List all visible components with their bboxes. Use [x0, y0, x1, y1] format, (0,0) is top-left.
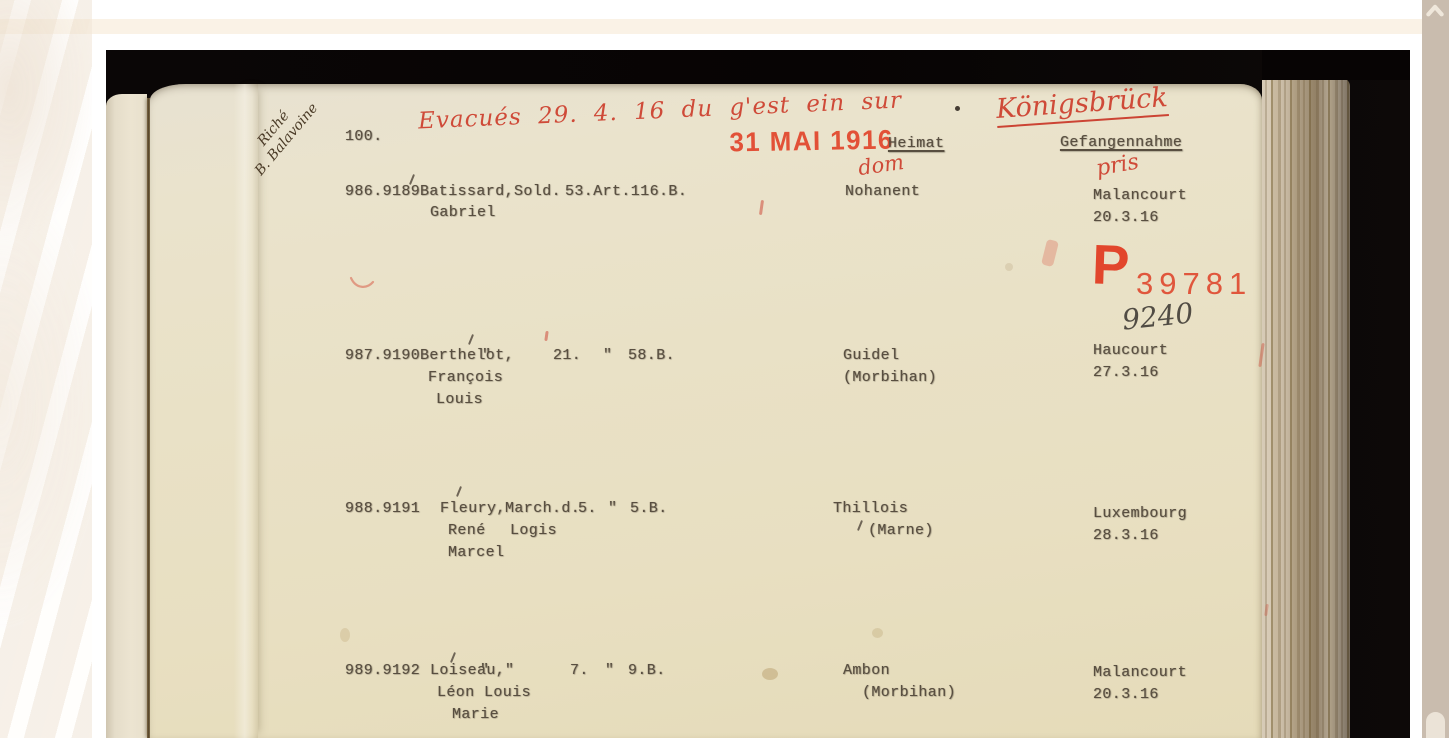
entry-battalion: 9.B. [628, 662, 666, 679]
paper-stain [872, 628, 883, 638]
column-header-gefangennahme: Gefangennahme [1060, 134, 1182, 151]
page-edge-stack [1262, 76, 1350, 738]
entry-ditto: " [603, 347, 612, 364]
entry-home: Guidel [843, 347, 899, 364]
entry-surname: Loiseau, [430, 662, 505, 679]
entry-given-names: Gabriel [430, 204, 496, 221]
entry-capture-date: 27.3.16 [1093, 364, 1159, 381]
entry-ditto: " [605, 662, 614, 679]
entry-surname: Fleury, [440, 500, 506, 517]
entry-rank: March.d. [505, 500, 580, 517]
entry-number: 21. [553, 347, 581, 364]
entry-home: Ambon [843, 662, 890, 679]
previous-page-edge [106, 94, 147, 738]
column-header-heimat: Heimat [888, 135, 944, 152]
entry-capture-place: Malancourt [1093, 187, 1187, 204]
paper-stain [340, 628, 350, 642]
entry-battalion: 58.B. [628, 347, 675, 364]
ink-speck [955, 106, 960, 111]
entry-home-region: (Morbihan) [862, 684, 956, 701]
entry-home-region: (Marne) [868, 522, 934, 539]
entry-ditto: " [482, 347, 491, 364]
prisoner-stamp-letter: P [1091, 231, 1131, 297]
entry-number: 7. [570, 662, 589, 679]
entry-capture-place: Malancourt [1093, 664, 1187, 681]
prisoner-stamp-number: 39781 [1136, 266, 1252, 302]
left-watermark-texture [0, 0, 92, 738]
register-page [150, 84, 1262, 738]
entry-given-names: Louis [436, 391, 483, 408]
entry-capture-date: 20.3.16 [1093, 209, 1159, 226]
entry-capture-place: Haucourt [1093, 342, 1168, 359]
entry-given-names: Marcel [448, 544, 504, 561]
entry-home: Nohanent [845, 183, 920, 200]
page-number: 100. [345, 128, 383, 145]
register-scan-photo: Riché B. Balavoine 100. Evacués 29. 4. 1… [106, 50, 1410, 738]
entry-given-names: Marie [452, 706, 499, 723]
entry-ditto: " [505, 662, 514, 679]
entry-given-names: Léon Louis [437, 684, 531, 701]
entry-id: 987.9190 [345, 347, 420, 364]
paper-stain [762, 668, 778, 680]
entry-surname: Batissard,Sold. [420, 183, 561, 200]
scrollbar-thumb[interactable] [1426, 712, 1445, 738]
top-band [0, 19, 1422, 34]
entry-battalion: 5.B. [630, 500, 668, 517]
entry-capture-place: Luxembourg [1093, 505, 1187, 522]
entry-id: 986.9189 [345, 183, 420, 200]
entry-given-names: René [448, 522, 486, 539]
entry-surname: Berthelot, [420, 347, 514, 364]
entry-unit: 53.Art.116.B. [565, 183, 687, 200]
paper-stain [1005, 263, 1013, 271]
entry-id: 989.9192 [345, 662, 420, 679]
entry-given-names: François [428, 369, 503, 386]
viewer-stage: Riché B. Balavoine 100. Evacués 29. 4. 1… [0, 0, 1449, 738]
red-squiggle-mark [348, 274, 376, 292]
entry-ditto: " [608, 500, 617, 517]
entry-home-region: (Morbihan) [843, 369, 937, 386]
entry-number: 5. [578, 500, 597, 517]
chevron-up-icon[interactable] [1424, 1, 1446, 21]
entry-home: Thillois [833, 500, 908, 517]
date-stamp: 31 MAI 1916 [729, 125, 894, 159]
scrollbar-track[interactable] [1422, 0, 1449, 738]
entry-id: 988.9191 [345, 500, 420, 517]
entry-capture-date: 20.3.16 [1093, 686, 1159, 703]
entry-rank: Logis [510, 522, 557, 539]
entry-ditto: " [480, 662, 489, 679]
entry-capture-date: 28.3.16 [1093, 527, 1159, 544]
photo-top-shadow [1262, 50, 1410, 80]
